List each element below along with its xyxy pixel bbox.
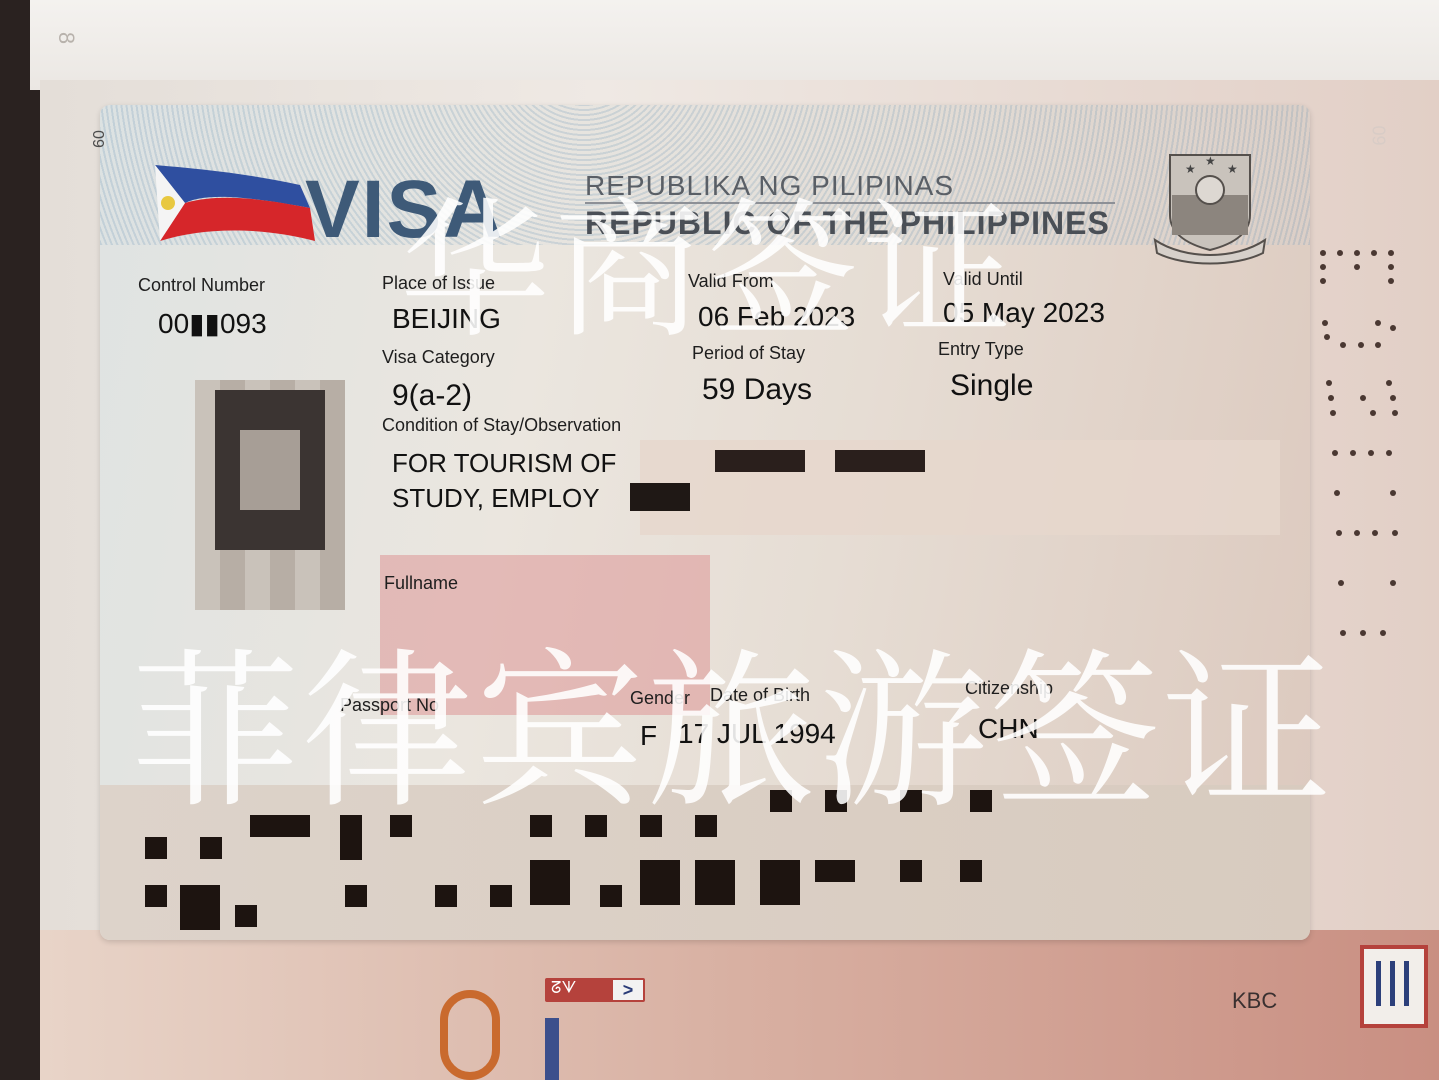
passport-next-page (40, 930, 1439, 1080)
philippine-flag-icon (150, 163, 320, 243)
holder-photo-redacted (195, 380, 345, 610)
redaction-block (630, 483, 690, 511)
redaction-block (715, 450, 805, 472)
svg-text:★: ★ (1205, 154, 1216, 168)
chevron-icon: > (613, 980, 643, 1000)
control-number-label: Control Number (138, 275, 265, 296)
page-number-side-right: 09 (1368, 125, 1389, 145)
coat-of-arms-icon: ★ ★ ★ (1145, 145, 1275, 265)
redaction-block (835, 450, 925, 472)
security-emblem (1360, 945, 1428, 1028)
period-of-stay-value: 59 Days (702, 373, 812, 407)
microprint-code: KBC (1232, 988, 1277, 1014)
svg-text:★: ★ (1227, 162, 1238, 176)
page-number-top: 8 (53, 32, 79, 44)
watermark-bottom: 菲律宾旅游签证 (130, 595, 1334, 840)
security-stripe (545, 1018, 559, 1080)
page-numeral-decoration (440, 990, 500, 1080)
control-number-value: 00▮▮093 (158, 307, 267, 340)
fullname-label: Fullname (384, 573, 458, 594)
page-number-side-left: 09 (88, 130, 106, 148)
condition-line-2: STUDY, EMPLOY (392, 483, 600, 514)
visa-category-value: 9(a-2) (392, 379, 472, 413)
watermark-top: 华商签证 (400, 150, 1016, 366)
security-mark: ᘔᗐ > (545, 978, 645, 1002)
condition-line-1: FOR TOURISM OF (392, 448, 616, 479)
condition-label: Condition of Stay/Observation (382, 415, 621, 436)
passport-page-top (30, 0, 1439, 90)
entry-type-value: Single (950, 369, 1033, 403)
svg-text:★: ★ (1185, 162, 1196, 176)
